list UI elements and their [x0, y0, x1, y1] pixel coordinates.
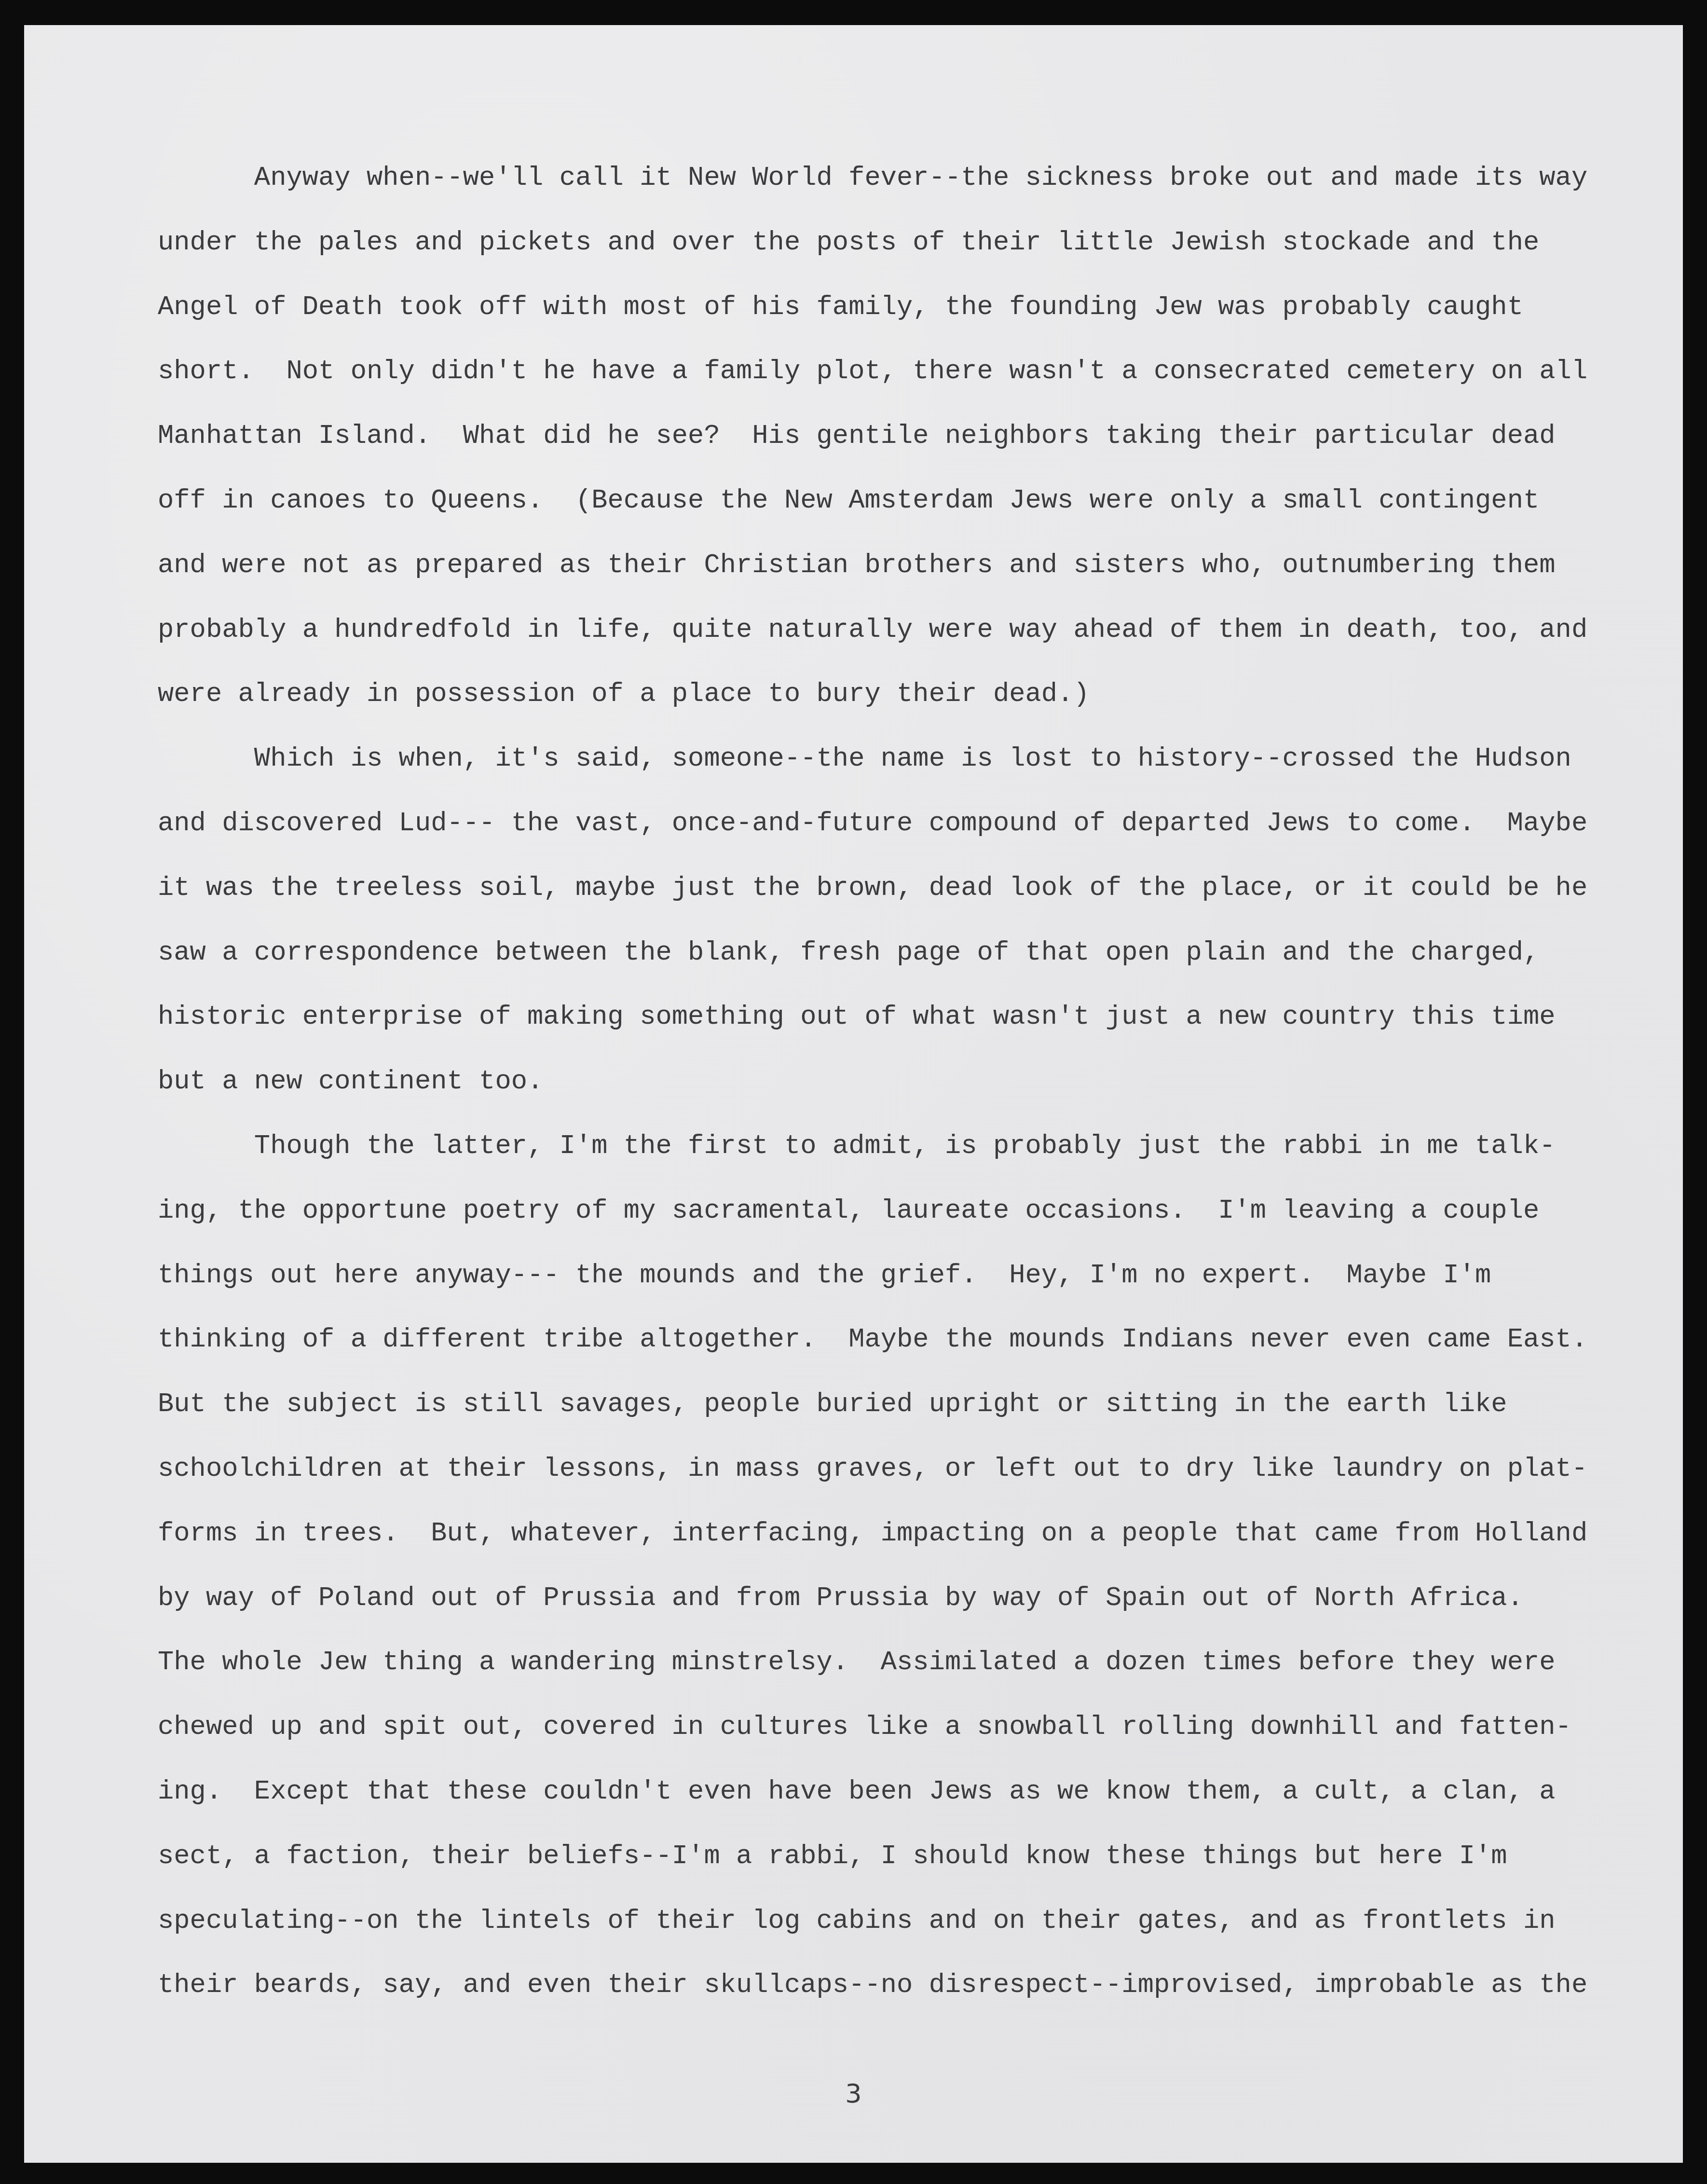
- text-line: things out here anyway--- the mounds and…: [158, 1243, 1491, 1308]
- text-line: forms in trees. But, whatever, interfaci…: [158, 1501, 1587, 1566]
- text-line: sect, a faction, their beliefs--I'm a ra…: [158, 1824, 1507, 1889]
- text-line: and were not as prepared as their Christ…: [158, 533, 1556, 598]
- text-line: historic enterprise of making something …: [158, 985, 1556, 1049]
- text-line: under the pales and pickets and over the…: [158, 210, 1539, 275]
- text-line: Anyway when--we'll call it New World fev…: [158, 146, 1587, 210]
- text-line: by way of Poland out of Prussia and from…: [158, 1566, 1523, 1631]
- text-line: their beards, say, and even their skullc…: [158, 1953, 1587, 2018]
- text-line: Though the latter, I'm the first to admi…: [158, 1114, 1556, 1179]
- text-line: saw a correspondence between the blank, …: [158, 920, 1539, 985]
- text-line: schoolchildren at their lessons, in mass…: [158, 1437, 1587, 1501]
- text-line: chewed up and spit out, covered in cultu…: [158, 1695, 1571, 1759]
- text-line: But the subject is still savages, people…: [158, 1372, 1507, 1437]
- text-line: probably a hundredfold in life, quite na…: [158, 598, 1587, 662]
- text-line: short. Not only didn't he have a family …: [158, 339, 1587, 404]
- text-line: Angel of Death took off with most of his…: [158, 275, 1523, 340]
- text-line: and discovered Lud--- the vast, once-and…: [158, 791, 1587, 856]
- text-line: ing. Except that these couldn't even hav…: [158, 1759, 1556, 1824]
- text-line: but a new continent too.: [158, 1049, 543, 1114]
- text-line: it was the treeless soil, maybe just the…: [158, 856, 1587, 920]
- text-line: Which is when, it's said, someone--the n…: [158, 727, 1571, 791]
- text-line: ing, the opportune poetry of my sacramen…: [158, 1179, 1539, 1243]
- text-line: thinking of a different tribe altogether…: [158, 1307, 1587, 1372]
- text-line: speculating--on the lintels of their log…: [158, 1889, 1556, 1953]
- text-line: The whole Jew thing a wandering minstrel…: [158, 1630, 1556, 1695]
- page-number: 3: [24, 2079, 1683, 2108]
- body-text: Anyway when--we'll call it New World fev…: [158, 25, 1653, 967]
- text-line: were already in possession of a place to…: [158, 662, 1090, 727]
- text-line: off in canoes to Queens. (Because the Ne…: [158, 468, 1539, 533]
- text-line: Manhattan Island. What did he see? His g…: [158, 404, 1556, 468]
- typewritten-page: Anyway when--we'll call it New World fev…: [24, 25, 1683, 2163]
